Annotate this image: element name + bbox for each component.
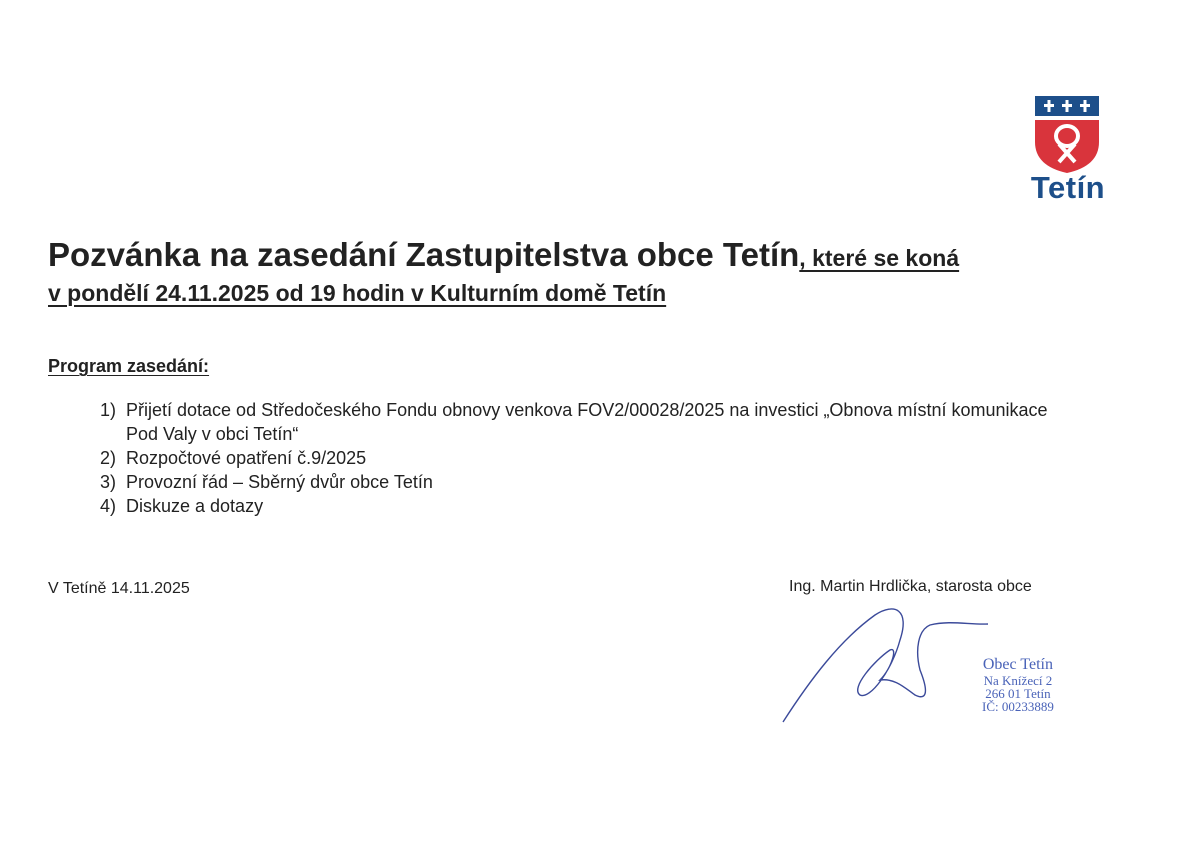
agenda-text: Přijetí dotace od Středočeského Fondu ob… <box>126 398 1056 446</box>
signature-icon <box>780 600 990 730</box>
title-suffix: , které se koná <box>799 245 959 271</box>
coat-of-arms-icon <box>1035 96 1099 174</box>
agenda-text: Diskuze a dotazy <box>126 494 1080 518</box>
logo-text: Tetín <box>1022 170 1114 206</box>
agenda-text: Provozní řád – Sběrný dvůr obce Tetín <box>126 470 1080 494</box>
official-stamp: Obec Tetín Na Knížecí 2 266 01 Tetín IČ:… <box>982 656 1054 713</box>
date-place: V Tetíně 14.11.2025 <box>48 580 190 598</box>
agenda-text: Rozpočtové opatření č.9/2025 <box>126 446 1080 470</box>
agenda-list: 1) Přijetí dotace od Středočeského Fondu… <box>100 398 1080 518</box>
page-title: Pozvánka na zasedání Zastupitelstva obce… <box>48 236 959 274</box>
title-date-line: v pondělí 24.11.2025 od 19 hodin v Kultu… <box>48 280 666 307</box>
agenda-number: 2) <box>100 446 126 470</box>
stamp-line: IČ: 00233889 <box>982 700 1054 713</box>
agenda-item: 3) Provozní řád – Sběrný dvůr obce Tetín <box>100 470 1080 494</box>
municipality-logo: Tetín <box>1022 96 1114 212</box>
agenda-number: 1) <box>100 398 126 446</box>
stamp-line: Obec Tetín <box>982 656 1054 674</box>
agenda-number: 3) <box>100 470 126 494</box>
agenda-number: 4) <box>100 494 126 518</box>
program-heading: Program zasedání: <box>48 356 209 377</box>
agenda-item: 4) Diskuze a dotazy <box>100 494 1080 518</box>
signatory: Ing. Martin Hrdlička, starosta obce <box>789 578 1032 596</box>
agenda-item: 1) Přijetí dotace od Středočeského Fondu… <box>100 398 1080 446</box>
agenda-item: 2) Rozpočtové opatření č.9/2025 <box>100 446 1080 470</box>
title-main: Pozvánka na zasedání Zastupitelstva obce… <box>48 236 799 273</box>
